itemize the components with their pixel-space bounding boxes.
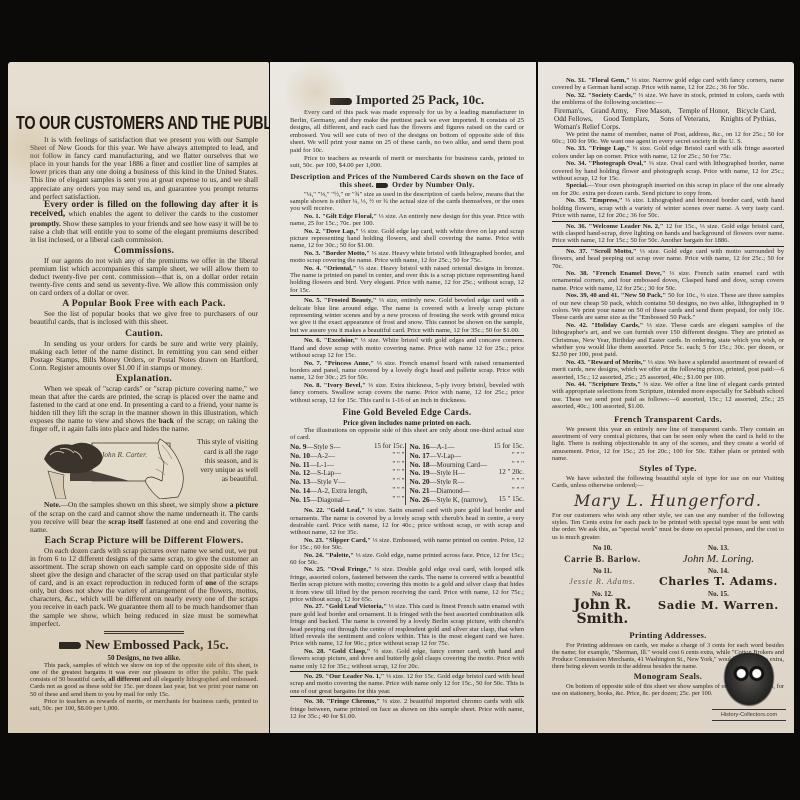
divider [712, 720, 786, 721]
embossed-subheading: 50 Designs, no two alike. [30, 654, 258, 662]
card-entry: No. 8. "Ivory Bevel," ⅓ size. Extra thic… [290, 382, 524, 404]
page-title: TO OUR CUSTOMERS AND THE PUBLIC. [16, 112, 205, 134]
society-item: Temple of Honor, [678, 107, 729, 115]
imported-heading: Imported 25 Pack, 10c. [290, 92, 524, 107]
explanation-heading: Explanation. [30, 373, 258, 384]
society-item: Sons of Veterans, [660, 115, 710, 123]
society-text: We print the name of member, name of Pos… [552, 131, 784, 146]
order-text: Every order is filled on the following d… [30, 201, 258, 244]
type-sample: Mary L. Hungerford. [552, 490, 784, 512]
embossed-heading: New Embossed Pack, 15c. [30, 637, 258, 652]
type-sample-item: No 11.Jessie R. Adams. [552, 567, 653, 589]
book-text: See the list of popular books that we gi… [30, 310, 258, 326]
book-heading: A Popular Book Free with each Pack. [30, 298, 258, 309]
type-samples-grid: No 10.Carrie B. Barlow.No. 13.John M. Lo… [552, 544, 784, 626]
society-item: Bicycle Card, [736, 107, 776, 115]
beveled-heading: Fine Gold Beveled Edge Cards. [290, 407, 524, 418]
beveled-subheading: Price given includes name printed on eac… [290, 419, 524, 427]
right-panel: No. 31. "Floral Gem," ⅓ size. Narrow gol… [538, 62, 794, 733]
type-text: For our customers who wish any other sty… [552, 512, 784, 541]
type-sample-item: No. 13.John M. Loring. [653, 544, 784, 566]
card-entry: No. 7. "Princess Anne," ⅓ size. French e… [290, 360, 524, 382]
card-entry: Nos. 39, 40 and 41. "New 50 Pack," 50 fo… [552, 292, 784, 322]
card-entry: No. 32. "Society Cards," ⅓ size. We have… [552, 92, 784, 107]
commissions-heading: Commissions. [30, 245, 258, 256]
card-entry: No. 23. "Slipper Card," ⅓ size. Embossed… [290, 537, 524, 552]
card-list-2: No. 33. "Fringe Lap," ⅓ size. Gold edge … [552, 145, 784, 182]
type-sample-item: No 10.Carrie B. Barlow. [552, 544, 653, 566]
scrap-heading: Each Scrap Picture will be Different Flo… [30, 535, 258, 546]
caution-heading: Caution. [30, 328, 258, 339]
card-list-2: No. 22. "Gold Leaf," ⅓ size. Satin ename… [290, 507, 524, 720]
scrap-card-illustration: John R. Carter. This style of visiting c… [30, 437, 258, 499]
transparent-heading: French Transparent Cards. [552, 414, 784, 425]
hand-card-image: John R. Carter. [30, 437, 195, 499]
card-entry: No. 35. "Empress," ⅓ size. Lithographed … [552, 197, 784, 219]
card-entry: No. 5. "Frosted Beauty," ⅓ size, entirel… [290, 297, 524, 334]
card-list: No. 1. "Gilt Edge Floral," ⅓ size. An en… [290, 213, 524, 404]
beveled-intro: The illustrations on opposite side of th… [290, 427, 524, 442]
card-entry: No. 28. "Gold Clasp," ⅓ size. Gold edge,… [290, 648, 524, 670]
type-intro: We have selected the following beautiful… [552, 475, 784, 490]
card-entry: No. 42. "Holiday Cards," ⅓ size. These c… [552, 322, 784, 359]
price-table: No. 9—Style S—15 for 15c.No. 10—A-2—" " … [290, 443, 524, 505]
imported-price: Price to teachers as rewards of merit or… [290, 155, 524, 170]
commissions-text: If our agents do not wish any of the pre… [30, 257, 258, 297]
card-entry: No. 22. "Gold Leaf," ⅓ size. Satin ename… [290, 507, 524, 537]
owl-logo-icon [723, 653, 775, 707]
card-entry: No. 29. "Our Leader No. 1," ⅓ size. 12 f… [290, 673, 524, 695]
left-panel: TO OUR CUSTOMERS AND THE PUBLIC. It is w… [8, 62, 269, 733]
card-entry: No. 1. "Gilt Edge Floral," ⅓ size. An en… [290, 213, 524, 228]
society-item: Good Templars, [603, 115, 649, 123]
price-table-row: No. 26—Style K, (narrow),15 " 15c. [410, 496, 525, 505]
card-list-3: No. 35. "Empress," ⅓ size. Lithographed … [552, 197, 784, 410]
card-entry: No. 27. "Gold Leaf Victoria," ⅓ size. Th… [290, 603, 524, 647]
card-entry: No. 25. "Oval Fringe," ⅓ size. Double go… [290, 566, 524, 603]
society-item: Knights of Pythias, [721, 115, 776, 123]
society-item: Grand Army, [591, 107, 628, 115]
special-text: Special.—Your own photograph inserted on… [552, 182, 784, 197]
card-entry: No. 3. "Border Motto," ⅓ size. Heavy whi… [290, 250, 524, 265]
divider [104, 631, 184, 634]
card-list: No. 31. "Floral Gem," ⅓ size. Narrow gol… [552, 77, 784, 107]
pointing-hand-icon [376, 183, 388, 188]
card-entry: No. 30. "Fringe Chromo," ⅓ size. 2 beaut… [290, 698, 524, 720]
price-table-row: No. 15—Diagonal—" " " [290, 496, 405, 505]
caution-text: In sending us your orders for cards be s… [30, 340, 258, 372]
card-entry: No. 33. "Fringe Lap," ⅓ size. Gold edge … [552, 145, 784, 160]
divider [552, 246, 784, 247]
card-entry: No. 4. "Oriental," ⅓ size. Heavy bristol… [290, 265, 524, 295]
transparent-text: We present this year an entirely new lin… [552, 426, 784, 462]
pointing-hand-icon [59, 642, 81, 649]
printing-heading: Printing Addresses. [552, 630, 784, 641]
illustration-caption: This style of visiting card is all the r… [197, 437, 258, 483]
card-entry: No. 43. "Reward of Merits," ⅓ size. We h… [552, 359, 784, 381]
divider [290, 671, 524, 672]
divider [552, 221, 784, 222]
divider [290, 335, 524, 336]
divider [290, 295, 524, 296]
scrap-text: On each dozen cards with scrap pictures … [30, 547, 258, 628]
card-entry: No. 24. "Palette," ⅓ size. Gold edge, na… [290, 552, 524, 567]
society-item: Woman's Relief Corps. [554, 123, 620, 131]
card-entry: No. 38. "French Enamel Dove," ⅓ size. Fr… [552, 270, 784, 292]
society-item: Odd Fellows, [554, 115, 593, 123]
type-sample-item: No. 14.Charles T. Adams. [653, 567, 784, 589]
card-entry: No. 6. "Excelsior," ⅓ size. White bristo… [290, 337, 524, 359]
explanation-text: When we speak of "scrap cards" or "scrap… [30, 385, 258, 434]
size-note: "¼," "⅓," "½," or "¾" size as used in th… [290, 191, 524, 213]
description-heading: Description and Prices of the Numbered C… [290, 173, 524, 190]
card-entry: No. 36. "Welcome Leader No. 2," 12 for 1… [552, 223, 784, 245]
imported-text: Every card of this pack was made express… [290, 109, 524, 155]
illustration-name-text: John R. Carter. [100, 452, 147, 459]
card-entry: No. 37. "Scroll Motto," ⅓ size. Gold edg… [552, 248, 784, 270]
intro-text: It is with feelings of satisfaction that… [30, 136, 258, 201]
type-sample-item: No. 15.Sadie M. Warren. [653, 590, 784, 626]
card-entry: No. 34. "Photograph Oval," ⅓ size. Oval … [552, 160, 784, 182]
divider [712, 709, 786, 710]
embossed-price: Price to teachers as rewards of merits, … [30, 698, 258, 712]
divider [290, 696, 524, 697]
society-list: Fireman's,Grand Army,Free Mason,Temple o… [552, 107, 784, 131]
price-table-right: No. 16—A-1—15 for 15c.No. 17—V-Lap—" " "… [405, 443, 525, 505]
card-entry: No. 31. "Floral Gem," ⅓ size. Narrow gol… [552, 77, 784, 92]
card-entry: No. 44. "Scripture Texts," ⅓ size. We of… [552, 381, 784, 411]
embossed-text: This pack, samples of which we show on t… [30, 662, 258, 698]
card-entry: No. 2. "Dove Lap," ⅓ size. Gold edge lap… [290, 228, 524, 250]
note-text: Note.—On the samples shown on this sheet… [30, 501, 258, 533]
type-heading: Styles of Type. [552, 463, 784, 474]
price-table-left: No. 9—Style S—15 for 15c.No. 10—A-2—" " … [290, 443, 405, 505]
pointing-hand-icon [330, 98, 352, 105]
society-item: Fireman's, [554, 107, 584, 115]
watermark-text: History-Collectors.com [712, 712, 786, 718]
type-sample-item: No. 12.John R. Smith. [552, 590, 653, 626]
middle-panel: Imported 25 Pack, 10c. Every card of thi… [270, 62, 536, 733]
watermark: History-Collectors.com [712, 653, 786, 723]
society-item: Free Mason, [635, 107, 671, 115]
